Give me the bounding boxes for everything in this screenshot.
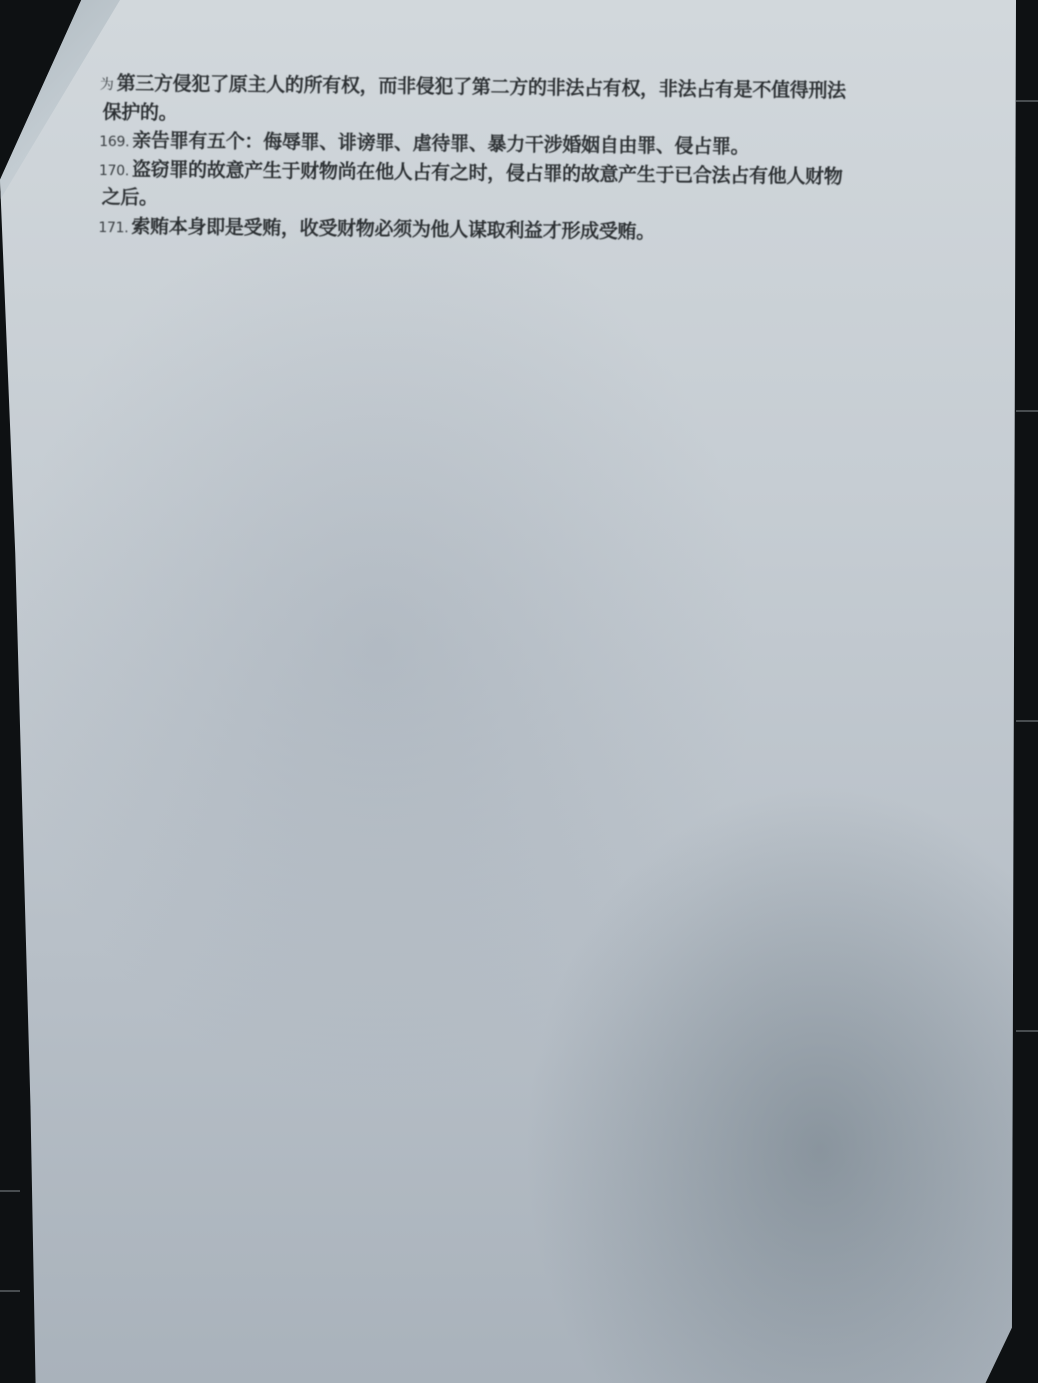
line-text: 保护的。	[102, 101, 177, 124]
background-grid-line	[1016, 410, 1038, 412]
background-grid-line	[1016, 720, 1038, 722]
line-text: 之后。	[102, 186, 158, 209]
line-text: 第三方侵犯了原主人的所有权，而非侵犯了第二方的非法占有权，非法占有是不值得刑法	[116, 72, 846, 102]
background-grid-line	[0, 1190, 20, 1192]
document-text: 为第三方侵犯了原主人的所有权，而非侵犯了第二方的非法占有权，非法占有是不值得刑法…	[98, 70, 860, 249]
item-number: 171.	[98, 219, 128, 235]
paper-sheet: 为第三方侵犯了原主人的所有权，而非侵犯了第二方的非法占有权，非法占有是不值得刑法…	[0, 0, 1016, 1383]
line-text: 亲告罪有五个：侮辱罪、诽谤罪、虐待罪、暴力干涉婚姻自由罪、侵占罪。	[132, 129, 749, 157]
background-grid-line	[1016, 100, 1038, 102]
item-number: 为	[100, 77, 114, 93]
background-grid-line	[1016, 1030, 1038, 1032]
line-text: 盗窃罪的故意产生于财物尚在他人占有之时，侵占罪的故意产生于已合法占有他人财物	[132, 158, 843, 187]
item-number: 170.	[99, 162, 129, 178]
background-grid-line	[0, 1290, 20, 1292]
item-number: 169.	[99, 134, 129, 150]
line-text: 索贿本身即是受贿，收受财物必须为他人谋取利益才形成受贿。	[131, 215, 655, 242]
photo-scene: 为第三方侵犯了原主人的所有权，而非侵犯了第二方的非法占有权，非法占有是不值得刑法…	[0, 0, 1038, 1383]
